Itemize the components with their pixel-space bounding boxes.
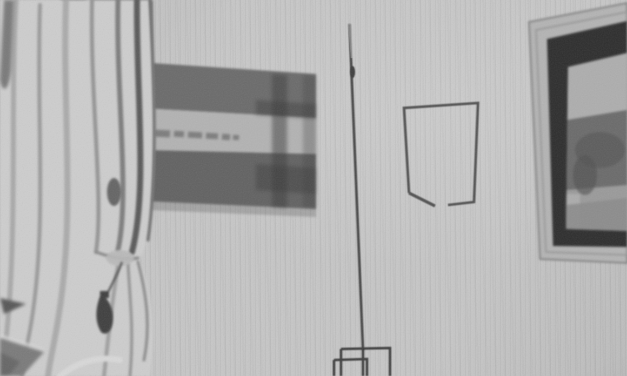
screenshot <box>0 0 627 376</box>
newsprint-photo <box>0 0 627 376</box>
grain-overlay-light <box>0 0 627 376</box>
scene <box>0 0 627 376</box>
